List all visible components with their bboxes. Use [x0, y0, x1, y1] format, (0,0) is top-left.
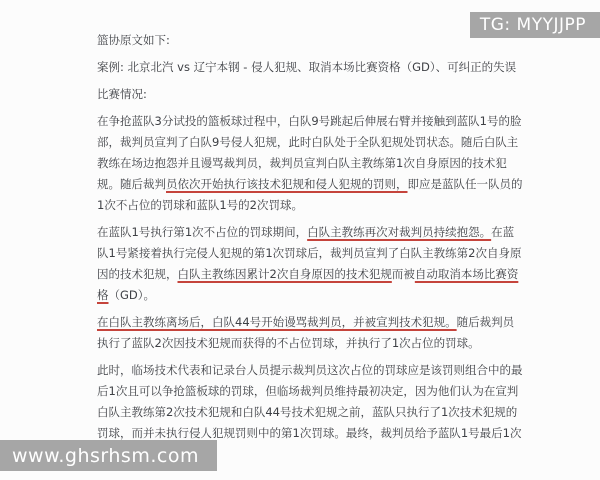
paragraph-2: 在蓝队1号执行第1次不占位的罚球期间，白队主教练再次对裁判员持续抱怨。在蓝队1号…: [97, 222, 523, 306]
watermark-top-right: TG: MYYJJPP: [470, 12, 600, 38]
text-segment: 在蓝队1号执行第1次不占位的罚球期间，: [97, 225, 307, 239]
intro-line: 篮协原文如下:: [97, 30, 523, 51]
watermark-top-right-text: TG: MYYJJPP: [480, 15, 586, 35]
watermark-bottom-left-text: www.ghsrhsm.com: [12, 445, 199, 467]
paragraph-1: 在争抢蓝队3分试投的篮板球过程中，白队9号跳起后伸展右臂并接触到蓝队1号的脸部，…: [97, 111, 523, 216]
document-content: 篮协原文如下: 案例: 北京北汽 vs 辽宁本钢 - 侵人犯规、取消本场比赛资格…: [97, 30, 523, 471]
text-segment: （GD）。: [109, 288, 156, 302]
watermark-bottom-left: www.ghsrhsm.com: [0, 440, 217, 471]
red-underlined-text: 白队主教练因累计2次自身原因的技术犯规: [178, 267, 392, 281]
red-underlined-text: 白队主教练再次对裁判员持续抱怨。: [307, 225, 491, 239]
situation-label: 比赛情况:: [97, 84, 523, 105]
red-underlined-text: 在白队主教练离场后，白队44号开始谩骂裁判员，并被宣判技术犯规。: [97, 315, 457, 329]
case-line: 案例: 北京北汽 vs 辽宁本钢 - 侵人犯规、取消本场比赛资格（GD）、可纠正…: [97, 57, 523, 78]
document-page: TG: MYYJJPP 篮协原文如下: 案例: 北京北汽 vs 辽宁本钢 - 侵…: [0, 0, 600, 480]
text-segment: 而被: [392, 267, 415, 281]
paragraph-3: 在白队主教练离场后，白队44号开始谩骂裁判员，并被宣判技术犯规。随后裁判员执行了…: [97, 312, 523, 354]
red-underlined-text: 员依次开始执行该技术犯规和侵人犯规的罚则，: [166, 177, 408, 191]
